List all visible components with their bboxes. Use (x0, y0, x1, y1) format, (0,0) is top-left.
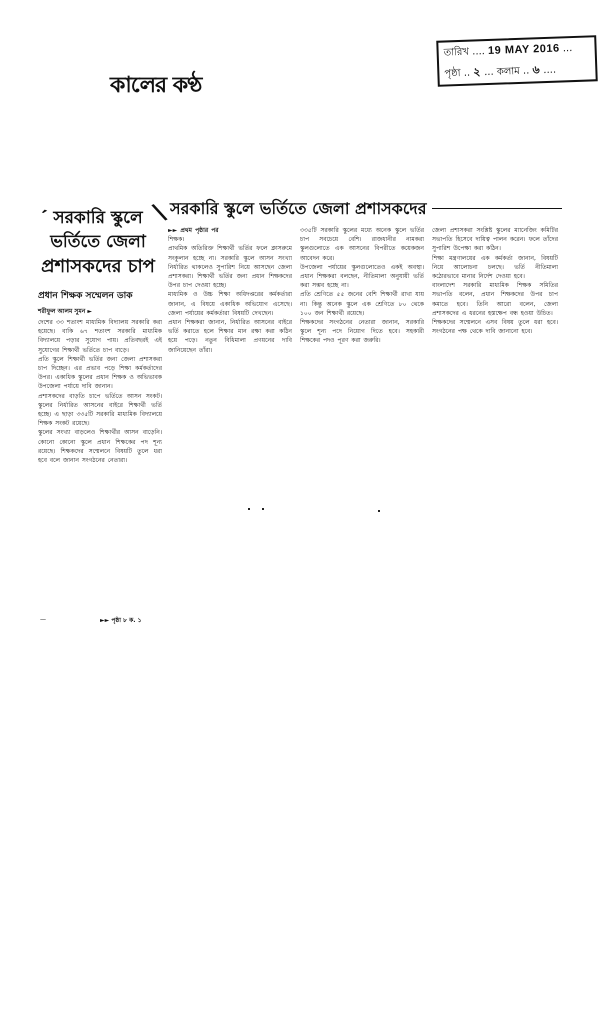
article-column-2: ৩৩৫টি সরকারি স্কুলের মধ্যে অনেক স্কুলে ভ… (300, 226, 424, 496)
sidebar-headline-line2: ভর্তিতে জেলা (38, 230, 158, 254)
paragraph: শিক্ষকদের সংগঠনের নেতারা জানান, সরকারি স… (300, 318, 424, 346)
sidebar-body: দেশের ৩৩ শতাংশ মাধ্যমিক বিদ্যালয় সরকারি… (38, 318, 162, 608)
paragraph: শিক্ষা মন্ত্রণালয়ের এক কর্মকর্তা জানান,… (432, 254, 558, 282)
paragraph: মাধ্যমিক ও উচ্চ শিক্ষা অধিদপ্তরের কর্মকর… (168, 290, 292, 318)
continued-on-label: ►► পৃষ্ঠা ৮ ক. ১ (100, 615, 142, 626)
paragraph: বাংলাদেশ সরকারি মাধ্যমিক শিক্ষক সমিতির স… (432, 281, 558, 318)
paragraph: দেশের ৩৩ শতাংশ মাধ্যমিক বিদ্যালয় সরকারি… (38, 318, 162, 355)
stamp-page-value: ২ (473, 66, 481, 78)
stamp-page-label: পৃষ্ঠা (444, 68, 461, 80)
sidebar-headline-line1: সরকারি স্কুলে (38, 206, 158, 230)
stamp-page-row: পৃষ্ঠা .. ২ ... কলাম .. ৬ .... (444, 58, 591, 84)
paragraph: ৩৩৫টি সরকারি স্কুলের মধ্যে অনেক স্কুলে ভ… (300, 226, 424, 263)
paragraph: প্রধান শিক্ষকরা জানান, নির্ধারিত আসনের ব… (168, 318, 292, 355)
scan-speck (378, 510, 380, 512)
paragraph: প্রাথমিক অতিরিক্ত শিক্ষার্থী ভর্তির ফলে … (168, 244, 292, 290)
article-headline: সরকারি স্কুলে ভর্তিতে জেলা প্রশাসকদের (170, 196, 427, 223)
article-column-1: ►► প্রথম পৃষ্ঠার পর শিক্ষক। প্রাথমিক অতি… (168, 226, 292, 496)
paragraph: প্রতি স্কুলে শিক্ষার্থী ভর্তির জন্য জেলা… (38, 355, 162, 392)
continued-from-label: ►► প্রথম পৃষ্ঠার পর (168, 226, 292, 235)
stamp-date-value: 19 MAY 2016 (488, 43, 560, 57)
article-column-3: জেলা প্রশাসকরা সংশ্লিষ্ট স্কুলের ম্যানেজ… (432, 226, 558, 484)
end-mark: — (40, 616, 46, 623)
sidebar-headline: সরকারি স্কুলে ভর্তিতে জেলা প্রশাসকদের চা… (38, 206, 158, 280)
sidebar-headline-line3: প্রশাসকদের চাপ (38, 254, 158, 280)
paragraph: জেলা প্রশাসকরা সংশ্লিষ্ট স্কুলের ম্যানেজ… (432, 226, 558, 254)
sidebar-subheadline: প্রধান শিক্ষক সম্মেলন ডাক (38, 288, 163, 303)
paragraph: প্রতি শ্রেণিতে ৫৫ জনের বেশি শিক্ষার্থী র… (300, 290, 424, 318)
sidebar-byline: শরীফুল আলম সুমন ► (38, 306, 92, 317)
paragraph: স্কুলের সংখ্যা বাড়লেও শিক্ষার্থীর আসন ব… (38, 428, 162, 465)
stamp-date-label: তারিখ (443, 47, 469, 59)
paragraph: প্রশাসকদের বাড়তি চাপে ভর্তিতে আসন সংকট।… (38, 392, 162, 429)
scan-speck (262, 508, 264, 510)
scan-speck (248, 508, 250, 510)
paragraph: শিক্ষক। (168, 235, 292, 244)
stamp-column-value: ৬ (532, 64, 540, 76)
newspaper-masthead: কালের কণ্ঠ (110, 68, 201, 105)
paragraph: শিক্ষকদের সম্মেলনে এসব বিষয় তুলে ধরা হব… (432, 318, 558, 336)
stamp-column-label: কলাম (497, 66, 520, 78)
headline-rule (432, 208, 562, 209)
date-stamp: তারিখ .... 19 MAY 2016 ... পৃষ্ঠা .. ২ .… (436, 35, 598, 87)
paragraph: উপজেলা পর্যায়ের স্কুলগুলোতেও একই অবস্থা… (300, 263, 424, 291)
